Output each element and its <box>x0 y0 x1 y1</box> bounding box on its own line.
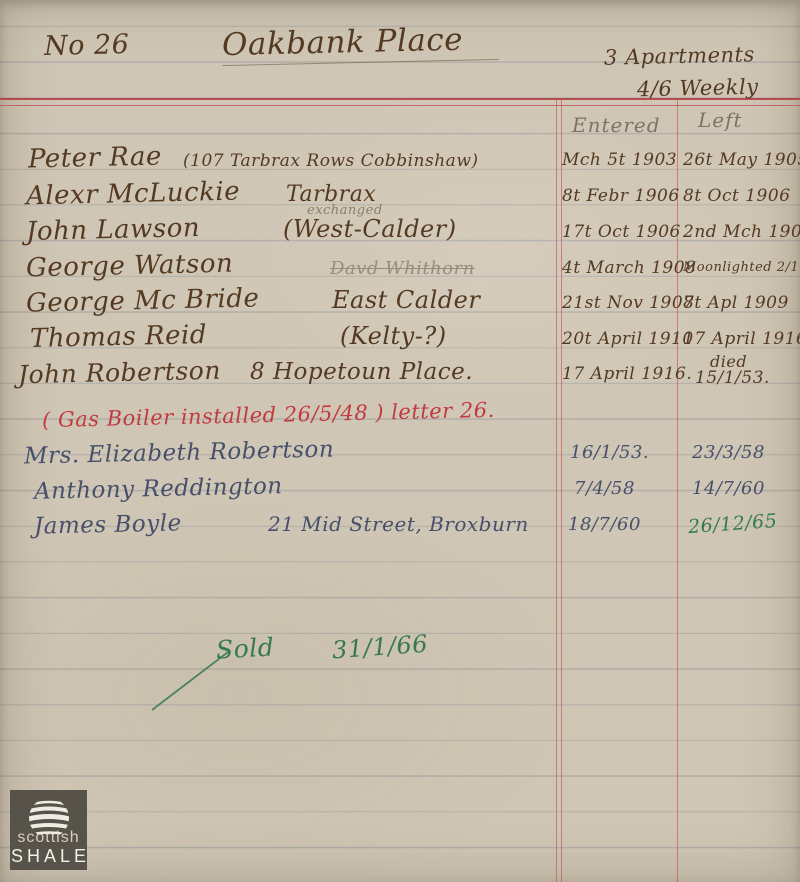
left-date: 8t Oct 1906 <box>683 186 791 206</box>
left-date: 23/3/58 <box>692 442 765 463</box>
rent-note: 4/6 Weekly <box>637 75 759 102</box>
entry-row: Alexr McLuckie Tarbrax 8t Febr 1906 8t O… <box>0 175 800 211</box>
left-date: 14/7/60 <box>692 478 765 499</box>
tenant-name: Peter Rae <box>28 141 162 174</box>
tenant-name: Mrs. Elizabeth Robertson <box>24 436 335 469</box>
entered-date: 20t April 1910 <box>562 329 694 349</box>
column-header-entered: Entered <box>572 113 661 137</box>
entered-date: Mch 5t 1903 <box>562 150 677 170</box>
tenant-name: Thomas Reid <box>30 320 208 354</box>
entry-row: Anthony Reddington 7/4/58 14/7/60 <box>0 468 800 504</box>
entry-row: George Mc Bride East Calder 21st Nov 190… <box>0 282 800 318</box>
entry-row: James Boyle 21 Mid Street, Broxburn 18/7… <box>0 504 800 540</box>
entered-date: 4t March 1908 <box>562 258 696 278</box>
gas-boiler-note: ( Gas Boiler installed 26/5/48 ) letter … <box>42 398 495 432</box>
logo-text-shale: SHALE <box>11 846 90 866</box>
left-date: 26t May 1905 <box>683 150 800 170</box>
left-date-green: 26/12/65 <box>687 510 778 538</box>
tenant-address: (Kelty-?) <box>340 322 447 350</box>
tenant-address: 21 Mid Street, Broxburn <box>268 512 529 536</box>
left-date: Moonlighted 2/11/08 <box>683 260 800 275</box>
left-date: 15/1/53. <box>695 368 770 388</box>
left-date: 7t Apl 1909 <box>683 293 789 313</box>
tenant-address: East Calder <box>332 286 480 314</box>
tenant-address: (107 Tarbrax Rows Cobbinshaw) <box>183 151 479 171</box>
sold-note-flourish <box>140 648 260 718</box>
tenant-name: Anthony Reddington <box>34 473 283 505</box>
pencil-name-struck: Davd Whithorn <box>330 258 475 279</box>
tenant-address: (West-Calder) <box>283 215 457 243</box>
entered-date: 7/4/58 <box>574 478 635 499</box>
entered-date: 18/7/60 <box>568 514 641 535</box>
scottishshale-logo: scottish SHALE <box>10 790 87 870</box>
entered-date: 16/1/53. <box>570 442 649 463</box>
entry-row: George Watson Davd Whithorn 4t March 190… <box>0 247 800 283</box>
tenant-name: James Boyle <box>34 510 182 539</box>
house-number: No 26 <box>44 29 130 62</box>
globe-icon <box>23 796 75 840</box>
entered-date: 21st Nov 1908 <box>562 293 694 313</box>
entered-date: 17t Oct 1906 <box>562 222 681 242</box>
entry-row: Thomas Reid (Kelty-?) 20t April 1910 17 … <box>0 318 800 354</box>
tenant-address: 8 Hopetoun Place. <box>250 359 473 385</box>
entry-row: Peter Rae (107 Tarbrax Rows Cobbinshaw) … <box>0 139 800 175</box>
left-date: 2nd Mch 1908 <box>683 222 800 242</box>
entered-date: 8t Febr 1906 <box>562 186 680 206</box>
tenant-name: George Mc Bride <box>26 283 260 318</box>
pencil-note: exchanged <box>307 203 383 218</box>
entry-row: Mrs. Elizabeth Robertson 16/1/53. 23/3/5… <box>0 432 800 468</box>
tenant-name: Alexr McLuckie <box>26 177 241 212</box>
left-date: 17 April 1916 <box>683 329 800 349</box>
tenant-name: John Lawson <box>26 213 201 247</box>
red-horizontal-rule-thin <box>0 105 800 106</box>
apartments-note: 3 Apartments <box>604 42 755 69</box>
column-header-left: Left <box>698 108 743 132</box>
tenant-name: George Watson <box>26 249 234 284</box>
sold-note-date: 31/1/66 <box>331 630 429 665</box>
entry-row: John Lawson (West-Calder) exchanged 17t … <box>0 211 800 247</box>
page-title: Oakbank Place <box>222 21 500 66</box>
entry-row: John Robertson 8 Hopetoun Place. 17 Apri… <box>0 353 800 389</box>
tenant-name: John Robertson <box>18 356 221 390</box>
ledger-page-scan: No 26 Oakbank Place 3 Apartments 4/6 Wee… <box>0 0 800 882</box>
entered-date: 17 April 1916. <box>562 364 692 384</box>
